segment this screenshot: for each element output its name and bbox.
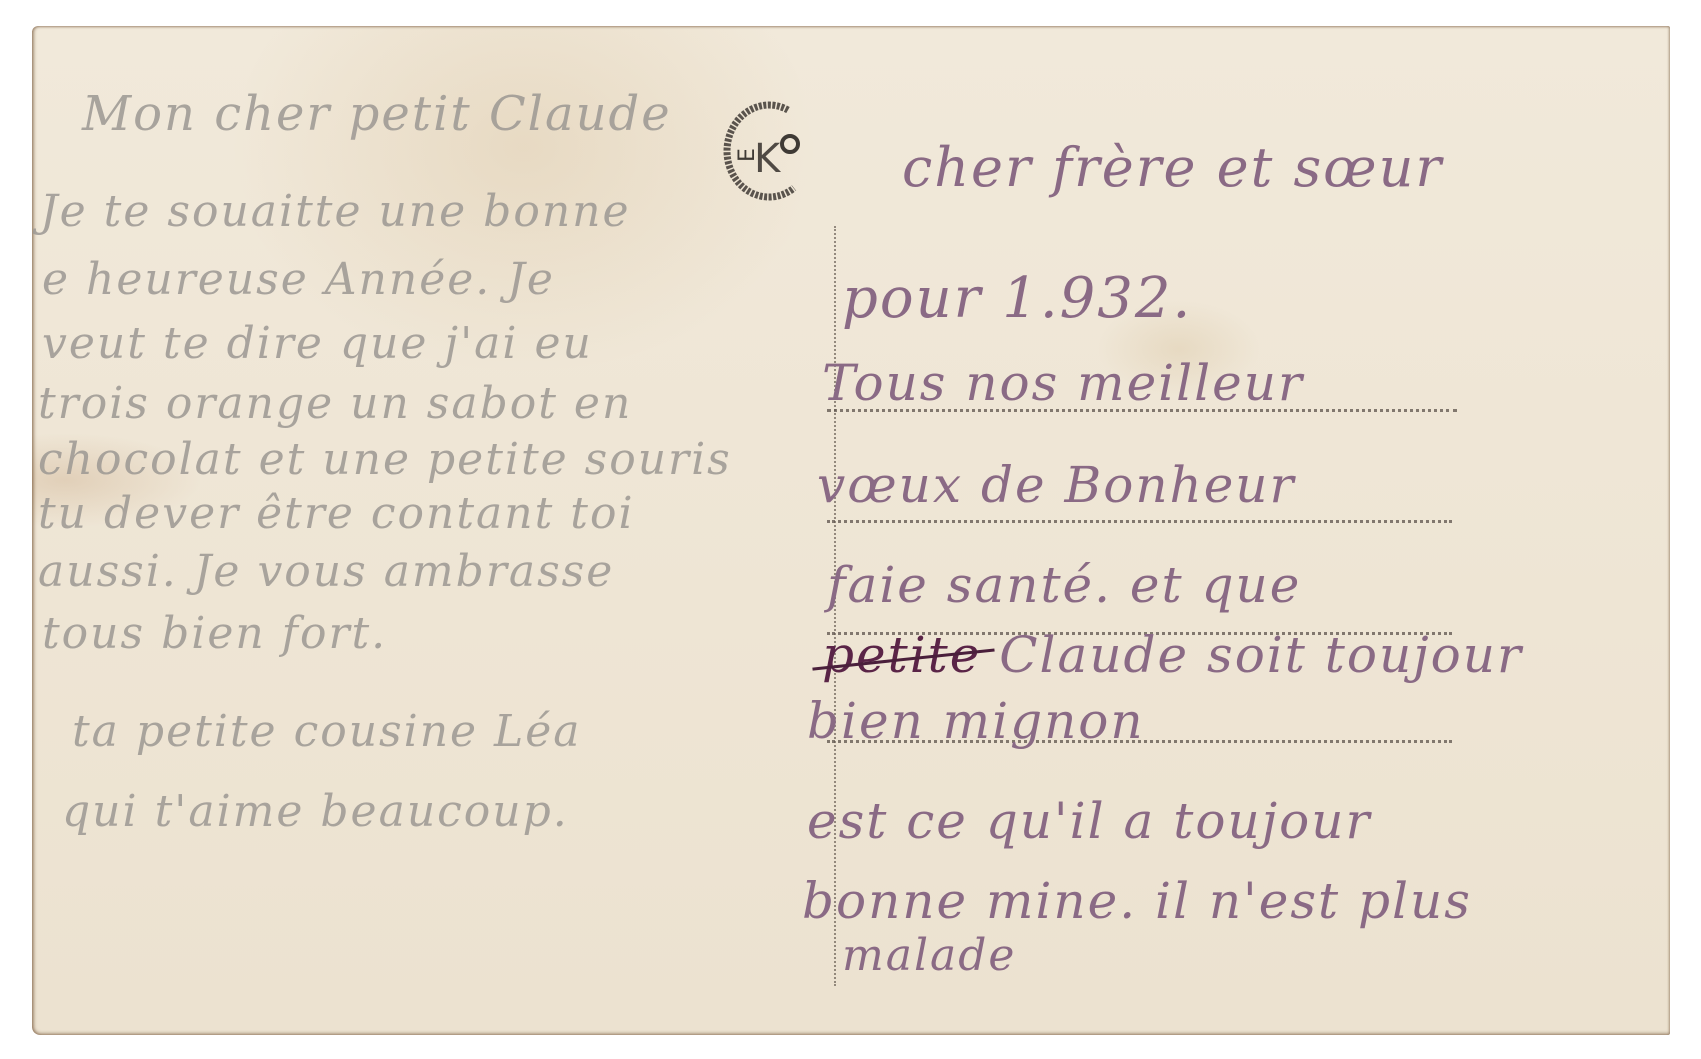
ink-line-2: pour 1.932.: [842, 266, 1192, 331]
pencil-line-7: tu dever être contant toi: [38, 488, 635, 539]
pencil-line-5: trois orange un sabot en: [38, 378, 632, 429]
ink-line-6-rest: Claude soit toujour: [999, 626, 1523, 684]
struck-word: petite: [822, 626, 981, 684]
ink-line-7: bien mignon: [807, 692, 1145, 750]
ink-line-4: vœux de Bonheur: [817, 456, 1295, 514]
pencil-line-9: tous bien fort.: [42, 608, 387, 659]
ink-line-3: Tous nos meilleur: [822, 354, 1304, 412]
pencil-line-8: aussi. Je vous ambrasse: [38, 546, 614, 597]
ink-line-8: est ce qu'il a toujour: [807, 792, 1371, 850]
pencil-line-10: ta petite cousine Léa: [72, 706, 582, 757]
address-line-2: [827, 520, 1452, 523]
svg-text:K: K: [754, 136, 782, 182]
ink-line-6: petite Claude soit toujour: [822, 626, 1523, 684]
publisher-logo-icon: E K: [718, 96, 810, 206]
pencil-line-11: qui t'aime beaucoup.: [62, 786, 569, 837]
ink-line-1: cher frère et sœur: [902, 136, 1443, 199]
ink-line-9: bonne mine. il n'est plus: [802, 872, 1472, 930]
ink-line-5: faie santé. et que: [827, 556, 1301, 614]
pencil-line-6: chocolat et une petite souris: [38, 434, 732, 485]
pencil-line-3: e heureuse Année. Je: [42, 254, 555, 305]
pencil-line-2: Je te souaitte une bonne: [40, 186, 631, 237]
pencil-line-4: veut te dire que j'ai eu: [42, 318, 593, 369]
postcard: Mon cher petit Claude Je te souaitte une…: [32, 26, 1670, 1035]
pencil-line-1: Mon cher petit Claude: [82, 86, 672, 142]
ink-line-10: malade: [842, 930, 1016, 981]
